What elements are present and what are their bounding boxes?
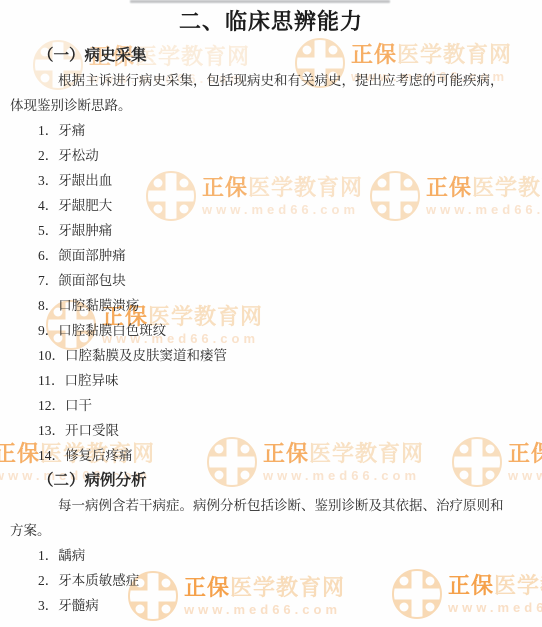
list-item: 11．口腔异味 bbox=[0, 368, 542, 393]
list-item: 3．牙龈出血 bbox=[0, 168, 542, 193]
list-item: 12．口干 bbox=[0, 393, 542, 418]
paragraph-line: 体现鉴别诊断思路。 bbox=[0, 93, 542, 118]
list-item: 5．牙龈肿痛 bbox=[0, 218, 542, 243]
list-item: 2．牙本质敏感症 bbox=[0, 568, 542, 593]
list-item: 8．口腔黏膜溃疡 bbox=[0, 293, 542, 318]
list-item: 14．修复后疼痛 bbox=[0, 443, 542, 468]
list-item: 13．开口受限 bbox=[0, 418, 542, 443]
list-item: 3．牙髓病 bbox=[0, 593, 542, 618]
list-item: 9．口腔黏膜白色斑纹 bbox=[0, 318, 542, 343]
list-item: 1．牙痛 bbox=[0, 118, 542, 143]
paragraph-line: 根据主诉进行病史采集，包括现病史和有关病史，提出应考虑的可能疾病， bbox=[0, 68, 542, 93]
list-item: 6．颌面部肿痛 bbox=[0, 243, 542, 268]
list-item: 2．牙松动 bbox=[0, 143, 542, 168]
paragraph-line: 每一病例含若干病症。病例分析包括诊断、鉴别诊断及其依据、治疗原则和 bbox=[0, 493, 542, 518]
doc-title: 二、临床思辨能力 bbox=[0, 8, 542, 43]
document-page: 正保医学教育网 www.med66.com 正保医学教育网 www.med66.… bbox=[0, 0, 542, 627]
paragraph-line: 方案。 bbox=[0, 518, 542, 543]
document-content: 二、临床思辨能力 （一）病史采集 根据主诉进行病史采集，包括现病史和有关病史，提… bbox=[0, 0, 542, 627]
list-item: 7．颌面部包块 bbox=[0, 268, 542, 293]
section-2-heading: （二）病例分析 bbox=[0, 468, 542, 493]
section-1-heading: （一）病史采集 bbox=[0, 43, 542, 68]
list-item: 4．牙龈肥大 bbox=[0, 193, 542, 218]
list-item: 1．龋病 bbox=[0, 543, 542, 568]
list-item: 10．口腔黏膜及皮肤窦道和瘘管 bbox=[0, 343, 542, 368]
